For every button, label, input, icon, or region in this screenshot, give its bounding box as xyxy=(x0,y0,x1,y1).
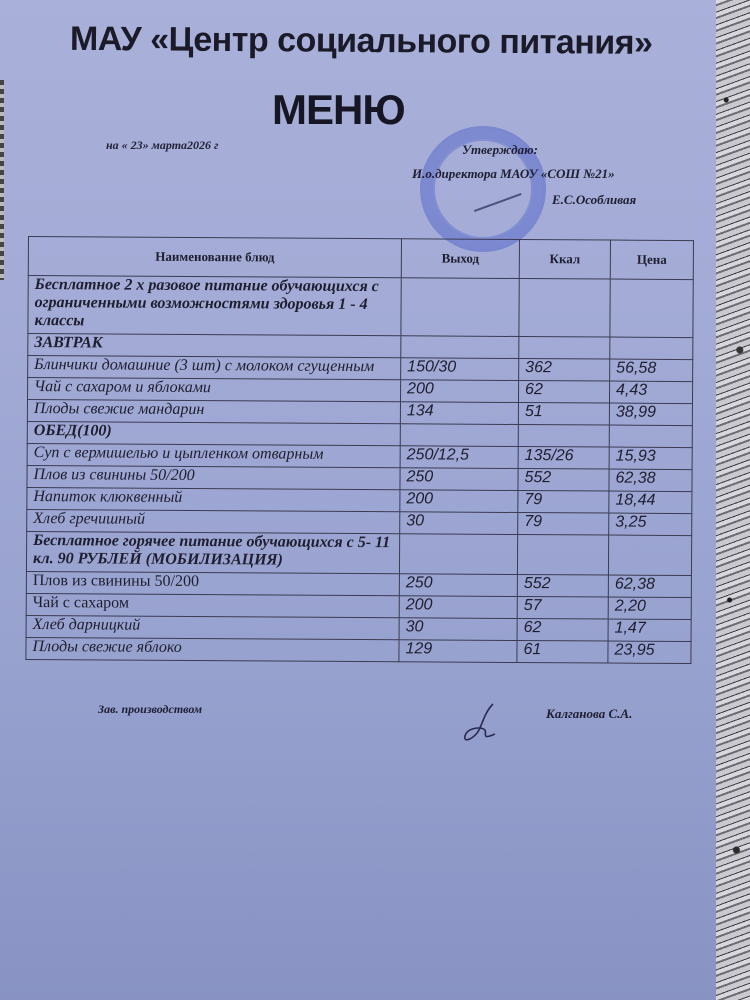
dish-kcal: 51 xyxy=(518,402,609,425)
footer-position: Зав. производством xyxy=(98,702,202,717)
empty-cell xyxy=(608,535,691,576)
dish-kcal: 62 xyxy=(518,380,609,403)
empty-cell xyxy=(610,337,693,360)
dish-kcal: 79 xyxy=(518,490,609,513)
dish-output: 129 xyxy=(399,640,517,663)
dish-name: Плов из свинины 50/200 xyxy=(26,571,399,595)
dish-name: Блинчики домашние (3 шт) с молоком сгуще… xyxy=(28,356,401,380)
dish-output: 200 xyxy=(399,596,517,619)
dish-price: 38,99 xyxy=(609,403,692,426)
dish-price: 23,95 xyxy=(608,641,691,664)
dish-output: 30 xyxy=(399,618,517,641)
dish-name: Плоды свежие яблоко xyxy=(26,637,399,661)
dish-output: 200 xyxy=(400,490,518,513)
dish-name: Плов из свинины 50/200 xyxy=(27,465,400,489)
approval-label: Утверждаю: xyxy=(462,142,538,158)
dish-price: 2,20 xyxy=(608,597,691,620)
menu-table: Наименование блюд Выход Ккал Цена Беспла… xyxy=(25,236,694,664)
dish-name: Хлеб дарницкий xyxy=(26,615,399,639)
dish-price: 15,93 xyxy=(609,447,692,470)
dish-output: 250 xyxy=(399,574,517,597)
dish-output: 250 xyxy=(400,468,518,491)
dish-name: Плоды свежие мандарин xyxy=(27,400,400,424)
section-title: Бесплатное 2 х разовое питание обучающих… xyxy=(28,276,401,336)
dish-name: Чай с сахаром xyxy=(26,593,399,617)
empty-cell xyxy=(401,336,519,359)
dish-kcal: 57 xyxy=(517,596,608,619)
section-row: Бесплатное 2 х разовое питание обучающих… xyxy=(28,276,693,338)
dish-kcal: 362 xyxy=(519,359,610,382)
table-row: Плоды свежие яблоко1296123,95 xyxy=(26,637,691,663)
dish-price: 4,43 xyxy=(609,381,692,404)
dish-output: 200 xyxy=(400,380,518,403)
dish-price: 62,38 xyxy=(609,469,692,492)
column-header-kcal: Ккал xyxy=(519,240,610,280)
dish-price: 62,38 xyxy=(608,575,691,598)
menu-table-body: Бесплатное 2 х разовое питание обучающих… xyxy=(26,276,693,664)
organization-title: МАУ «Центр социального питания» xyxy=(70,20,690,63)
column-header-output: Выход xyxy=(401,239,519,279)
dish-kcal: 61 xyxy=(517,640,608,663)
empty-cell xyxy=(399,534,517,575)
dish-name: Хлеб гречишный xyxy=(27,509,400,533)
empty-cell xyxy=(401,278,519,337)
menu-title: МЕНЮ xyxy=(272,86,405,134)
dish-price: 3,25 xyxy=(609,513,692,536)
section-title: ОБЕД(100) xyxy=(27,421,400,445)
empty-cell xyxy=(609,425,692,448)
production-signature-icon xyxy=(455,700,515,750)
dish-price: 56,58 xyxy=(610,359,693,382)
empty-cell xyxy=(519,337,610,360)
empty-cell xyxy=(519,279,610,338)
dish-name: Напиток клюквенный xyxy=(27,487,400,511)
dish-output: 30 xyxy=(400,512,518,535)
empty-cell xyxy=(610,279,693,338)
dish-name: Чай с сахаром и яблоками xyxy=(28,378,401,402)
empty-cell xyxy=(400,424,518,447)
dish-kcal: 552 xyxy=(518,468,609,491)
table-header-row: Наименование блюд Выход Ккал Цена xyxy=(28,237,693,280)
dish-kcal: 135/26 xyxy=(518,446,609,469)
dish-name: Суп с вермишелью и цыпленком отварным xyxy=(27,443,400,467)
empty-cell xyxy=(517,534,608,575)
menu-date: на « 23» марта2026 г xyxy=(106,138,219,153)
section-title: Бесплатное горячее питание обучающихся с… xyxy=(26,531,399,573)
granite-background xyxy=(716,0,750,1000)
approval-position: И.о.директора МАОУ «СОШ №21» xyxy=(412,166,615,182)
section-row: Бесплатное горячее питание обучающихся с… xyxy=(26,531,691,575)
column-header-dish: Наименование блюд xyxy=(28,237,401,278)
dish-output: 250/12,5 xyxy=(400,446,518,469)
approval-name: Е.С.Особливая xyxy=(552,192,636,208)
column-header-price: Цена xyxy=(610,240,693,280)
dish-kcal: 552 xyxy=(517,574,608,597)
dish-price: 18,44 xyxy=(609,491,692,514)
dish-output: 150/30 xyxy=(401,358,519,381)
dish-output: 134 xyxy=(400,402,518,425)
granite-background-left xyxy=(0,80,4,280)
dish-kcal: 79 xyxy=(518,512,609,535)
footer-name: Калганова С.А. xyxy=(546,706,632,722)
dish-kcal: 62 xyxy=(517,618,608,641)
empty-cell xyxy=(518,424,609,447)
dish-price: 1,47 xyxy=(608,619,691,642)
section-title: ЗАВТРАК xyxy=(28,334,401,358)
